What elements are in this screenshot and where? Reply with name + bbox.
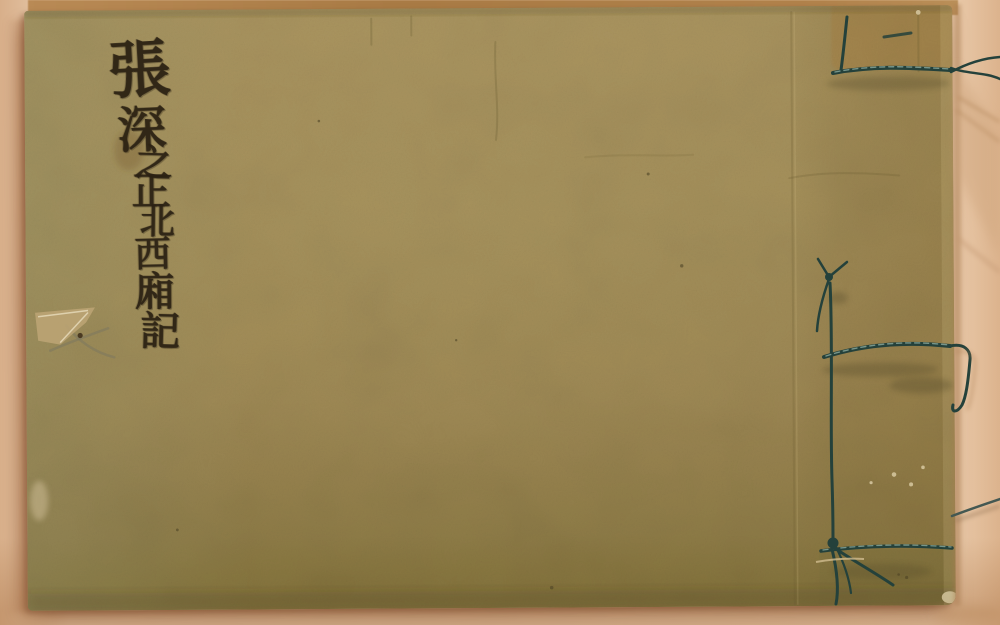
book-cover: 張 深 之 正 北 西 廂 記 [24, 5, 956, 611]
title-char: 西 [134, 236, 171, 273]
photo-stage: 張 深 之 正 北 西 廂 記 [0, 0, 1000, 625]
title-char: 記 [140, 311, 181, 352]
title-calligraphy: 張 深 之 正 北 西 廂 記 [24, 9, 256, 390]
title-char: 廂 [135, 272, 175, 312]
title-char: 張 [107, 37, 173, 103]
